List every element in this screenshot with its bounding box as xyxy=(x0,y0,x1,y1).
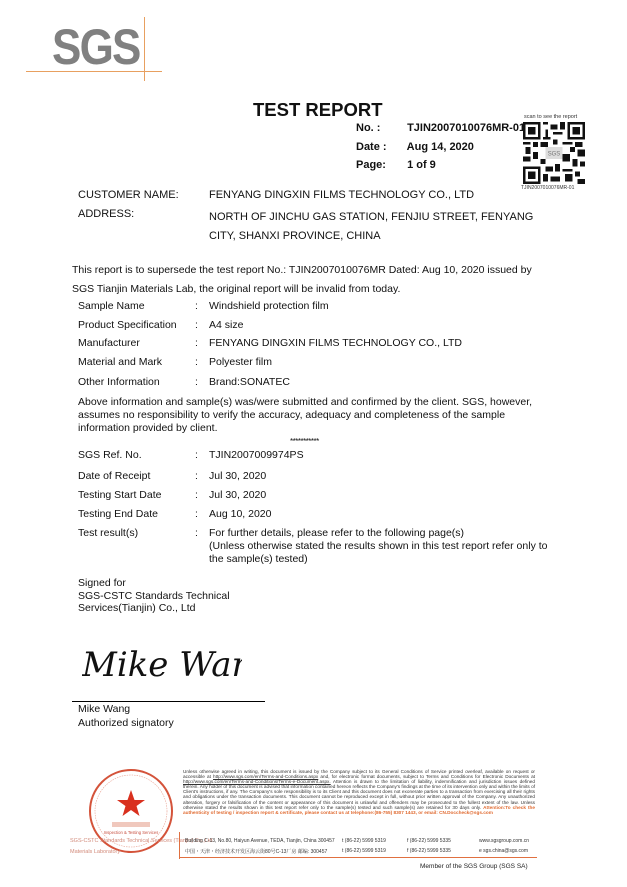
field-colon: : xyxy=(195,470,198,482)
field-colon: : xyxy=(195,508,198,520)
field-label: Other Information xyxy=(78,376,193,388)
section-separator: *********** xyxy=(290,437,319,446)
signed-for-line: SGS-CSTC Standards Technical xyxy=(78,590,230,603)
field-value: Windshield protection film xyxy=(209,300,329,312)
field-colon: : xyxy=(195,376,198,388)
page-number-label: Page: xyxy=(356,159,404,171)
footer-phone: t (86-22) 5999 5319 xyxy=(342,838,386,844)
field-label: Manufacturer xyxy=(78,337,193,349)
footer-phone: t (86-22) 5999 5319 xyxy=(342,848,386,854)
page-title: TEST REPORT xyxy=(253,99,383,121)
footer-website-link[interactable]: www.sgsgroup.com.cn xyxy=(479,838,529,844)
field-value: For further details, please refer to the… xyxy=(209,527,464,539)
field-colon: : xyxy=(195,337,198,349)
field-label: Sample Name xyxy=(78,300,193,312)
svg-text:Mike Wang: Mike Wang xyxy=(82,645,242,685)
field-value: FENYANG DINGXIN FILMS TECHNOLOGY CO., LT… xyxy=(209,337,462,349)
signatory-name: Mike Wang xyxy=(78,703,130,715)
field-label: Date of Receipt xyxy=(78,470,193,482)
field-value-line2: (Unless otherwise stated the results sho… xyxy=(209,540,548,552)
svg-text:Inspection & Testing Services: Inspection & Testing Services xyxy=(104,830,159,835)
page-number: Page: 1 of 9 xyxy=(356,159,436,171)
field-label: Product Specification xyxy=(78,319,193,331)
report-date: Date : Aug 14, 2020 xyxy=(356,141,474,153)
report-number: No. : TJIN2007010076MR-01 xyxy=(356,122,525,134)
report-number-label: No. : xyxy=(356,122,404,134)
field-label: Testing End Date xyxy=(78,508,193,520)
stamp-lab-name: Materials Laboratory xyxy=(70,849,120,855)
field-value-line3: the sample(s) tested) xyxy=(209,553,308,565)
page-number-value: 1 of 9 xyxy=(407,159,436,171)
signed-for-line: Services(Tianjin) Co., Ltd xyxy=(78,602,230,615)
signatory-role: Authorized signatory xyxy=(78,717,174,729)
qr-code-icon[interactable]: SGS xyxy=(523,122,585,184)
footer-divider xyxy=(180,857,537,858)
svg-text:SGS: SGS xyxy=(548,152,561,158)
field-value: A4 size xyxy=(209,319,243,331)
field-label: Material and Mark xyxy=(78,356,193,368)
sgs-group-membership: Member of the SGS Group (SGS SA) xyxy=(420,863,528,870)
field-colon: : xyxy=(195,449,198,461)
address-value: NORTH OF JINCHU GAS STATION, FENJIU STRE… xyxy=(209,208,539,246)
qr-report-id: TJIN2007010076MR-01 xyxy=(521,185,574,191)
signed-for: Signed for SGS-CSTC Standards Technical … xyxy=(78,577,230,615)
footer-divider-vertical xyxy=(179,832,180,859)
field-colon: : xyxy=(195,300,198,312)
field-value: Aug 10, 2020 xyxy=(209,508,271,520)
signed-for-line: Signed for xyxy=(78,577,230,590)
client-disclaimer: Above information and sample(s) was/were… xyxy=(78,396,553,435)
footer-fax: f (86-22) 5999 5335 xyxy=(407,838,451,844)
logo-rule-vertical xyxy=(144,17,145,81)
qr-caption: scan to see the report xyxy=(524,114,577,120)
field-value: Brand:SONATEC xyxy=(209,376,290,388)
field-value: Jul 30, 2020 xyxy=(209,489,266,501)
address-label: ADDRESS: xyxy=(78,208,134,220)
legal-terms: Unless otherwise agreed in writing, this… xyxy=(183,769,535,815)
field-label: Test result(s) xyxy=(78,527,193,539)
footer-address-en: Building C-13, No.80, Haiyun Avenue, TED… xyxy=(185,838,335,844)
sgs-logo: SGS xyxy=(52,22,140,72)
report-date-value: Aug 14, 2020 xyxy=(407,141,474,153)
field-colon: : xyxy=(195,489,198,501)
field-label: SGS Ref. No. xyxy=(78,449,193,461)
field-colon: : xyxy=(195,527,198,539)
signature-line xyxy=(72,701,265,702)
supersede-note: This report is to supersede the test rep… xyxy=(72,261,552,299)
footer-email-link[interactable]: e sgs.china@sgs.com xyxy=(479,848,528,854)
footer-address-cn: 中国・天津・经济技术开发区海云街80号C-13厂房 邮编: 300457 xyxy=(185,848,327,855)
footer-fax: f (86-22) 5999 5335 xyxy=(407,848,451,854)
handwritten-signature: Mike Wang xyxy=(82,636,242,696)
field-colon: : xyxy=(195,356,198,368)
field-value: TJIN2007009974PS xyxy=(209,449,304,461)
customer-name-label: CUSTOMER NAME: xyxy=(78,189,179,201)
customer-name-value: FENYANG DINGXIN FILMS TECHNOLOGY CO., LT… xyxy=(209,189,474,201)
field-label: Testing Start Date xyxy=(78,489,193,501)
field-value: Jul 30, 2020 xyxy=(209,470,266,482)
field-value: Polyester film xyxy=(209,356,272,368)
report-number-value: TJIN2007010076MR-01 xyxy=(407,122,525,134)
report-date-label: Date : xyxy=(356,141,404,153)
logo-rule-horizontal xyxy=(26,71,162,72)
field-colon: : xyxy=(195,319,198,331)
